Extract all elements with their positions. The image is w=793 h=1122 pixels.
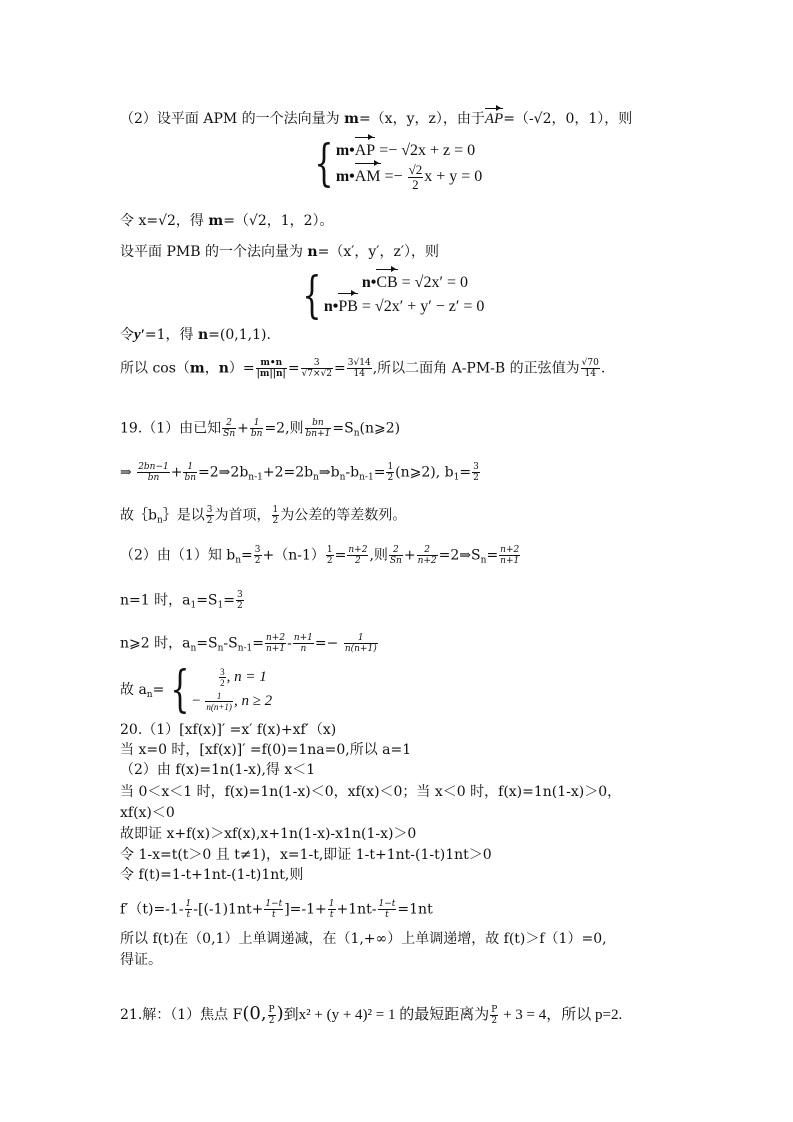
left-brace-icon: { [171,664,190,714]
text: = [374,465,386,481]
denominator: 2 [386,473,394,483]
text: 为公差的等差数列。 [280,508,406,524]
denominator: 2 [408,178,424,192]
q20-line-2: （2）由 f(x)=1n(1-x),得 x＜1 [120,761,315,779]
denominator: √7×√2 [301,369,333,379]
text: 令 [120,327,134,343]
denominator: 2 [219,678,226,688]
numerator: 1 [205,691,233,702]
q20-line-6: 令 1-x=t(t＞0 且 t≠1)，x=1-t,即证 1-t+1nt-(1-t… [120,846,492,864]
denominator: n(n+1) [205,702,233,712]
text: =S [196,636,217,652]
text: = [252,636,264,652]
piece-2: − 1n(n+1), n ≥ 2 [192,689,272,713]
left-brace-icon: { [302,270,321,320]
fraction: 32 [254,545,262,566]
apm-intro-line: （2）设平面 APM 的一个法向量为 m=（x，y，z），由于AP=（-√2，0… [120,110,632,128]
text: + 3 = 4，所以 p=2. [499,1007,622,1023]
text: =1nt [397,902,432,918]
denominator: 2 [472,473,480,483]
numerator: 1 [272,505,280,516]
numerator: P [268,1005,276,1016]
text: -S [223,636,237,652]
q19-line-2: ⇒ 2bn−1bn+1bn=2⇒2bn-1+2=2bn⇒bn-bn-1=12(n… [120,462,481,487]
text: (n⩾2) [359,421,400,437]
numerator: 1 [328,899,336,910]
text: n-1 [248,473,263,483]
numerator: 2 [222,418,236,429]
denominator: 2 [326,556,334,566]
text: (n⩾2), b [395,465,453,481]
numerator: √70 [581,358,600,369]
denominator: Sn [222,429,236,439]
text: , n ≥ 2 [234,693,272,709]
fraction: 2Sn [222,418,236,439]
text: =S [332,421,353,437]
piece-1: 32, n = 1 [192,665,272,689]
text: (0, [242,1003,266,1024]
text: （2）由（1）知 b [120,548,235,564]
denominator: t [328,910,336,920]
text: =(0,1,1). [208,327,271,343]
text: y′ [134,327,145,343]
text: m• [336,168,355,185]
text: -b [345,465,359,481]
cos-line: 所以 cos（m，n）=m•n|m||n|=3√7×√2=3√1414,所以二面… [120,358,605,379]
numerator: m•n [256,358,287,369]
text: . [601,361,605,377]
text: ,则 [369,548,387,564]
text: ) [277,1003,284,1024]
text: n⩾2 时，a [120,636,190,652]
vector-PB: PB [338,295,358,319]
text: = [153,682,165,698]
text: +1nt- [337,902,377,918]
denominator: n+2 [417,556,438,566]
denominator: 14 [347,369,372,379]
text: ⇒ [120,465,136,481]
fraction: 1n(n+1) [344,633,378,654]
fraction: 3√1414 [347,358,372,379]
text: =（-√2，0，1），则 [503,111,632,127]
denominator: bn [183,473,197,483]
numerator: 3 [301,358,333,369]
let-y-line: 令y′=1，得 n=(0,1,1). [120,326,271,344]
text: − [327,636,339,652]
vector-m: m [344,111,359,127]
denominator: t [264,910,283,920]
fraction: 2bn−1bn [137,462,170,483]
text: = √2x′ + y′ − z′ = 0 [358,298,484,315]
vector-n: n [219,361,229,377]
text: 故 a [120,682,147,698]
text: n• [324,298,339,315]
fraction: 32 [219,667,226,688]
vector-AP: AP [355,139,375,163]
fraction: 3√7×√2 [301,358,333,379]
text: =− [381,168,407,185]
fraction: √7014 [581,358,600,379]
fraction: m•n|m||n| [256,358,287,379]
text: =2⇒2b [198,465,248,481]
text: = [459,465,471,481]
numerator: n+2 [347,545,368,556]
numerator: n+2 [499,545,520,556]
denominator: 2 [254,556,262,566]
denominator: 2 [490,1016,498,1026]
q20-derivative-line: f′（t)=-1-1t-[(-1)1nt+1−tt]=-1+1t+1nt-1−t… [120,899,433,920]
numerator: 3 [236,590,244,601]
text: n=1 时，a [120,593,190,609]
q19-n2-line: n⩾2 时，an=Sn-Sn-1=n+2n+1-n+1n=− 1n(n+1) [120,633,379,658]
vector-AM: AM [355,165,381,189]
text: =2,则 [264,421,303,437]
text: 令 x=√2，得 [120,213,208,229]
text: -[(-1)1nt+ [193,902,263,918]
q20-conclusion-2: 得证。 [120,951,162,969]
text: ⇒b [319,465,340,481]
pmb-equation-system: { n•CB = √2x′ = 0 n•PB = √2x′ + y′ − z′ … [296,270,484,320]
numerator: 1 [386,462,394,473]
text: m• [336,142,355,159]
fraction: 1−tt [378,899,397,920]
numerator: 2 [389,545,403,556]
text: 为首项， [215,508,271,524]
fraction: 32 [236,590,244,611]
fraction: 1n(n+1) [205,691,233,712]
numerator: 3 [206,505,214,516]
q21-line-1: 21.解：（1）焦点 F(0,P2)到x² + (y + 4)² = 1 的最短… [120,1003,622,1026]
denominator: n [293,644,314,654]
text: x + y = 0 [424,168,482,185]
q19-part2-line-1: （2）由（1）知 bn=32+（n-1）12=n+22,则2Sn+2n+2=2⇒… [120,545,521,570]
numerator: bn [305,418,332,429]
fraction: n+2n+1 [499,545,520,566]
fraction: 1bn [250,418,264,439]
numerator: 3 [254,545,262,556]
numerator: 1 [185,899,193,910]
denominator: 2 [272,516,280,526]
fraction: 32 [206,505,214,526]
numerator: √2 [408,163,424,178]
fraction: 1−tt [264,899,283,920]
numerator: 1 [250,418,264,429]
vector-n: n [198,327,208,343]
q20-line-0: 20.（1）[xf(x)]′ =x′ f(x)+xf′（x) [120,721,336,739]
vector-m: m [208,213,223,229]
q20-line-4: xf(x)＜0 [120,804,175,822]
denominator: n(n+1) [344,644,378,654]
text: +2=2b [263,465,313,481]
text: = √2x′ = 0 [398,274,468,291]
q20-conclusion-1: 所以 f(t)在（0,1）上单调递减，在（1,+∞）上单调递增，故 f(t)＞f… [120,930,607,948]
fraction: P2 [268,1005,276,1026]
left-brace-icon: { [314,138,333,188]
fraction: 1t [185,899,193,920]
text: n-1 [359,473,374,483]
numerator: 1−t [378,899,397,910]
numerator: 1 [183,462,197,473]
text: =2⇒S [439,548,481,564]
let-x-line: 令 x=√2，得 m=（√2，1，2）。 [120,212,334,230]
denominator: bn [137,473,170,483]
fraction: 12 [386,462,394,483]
text: =− √2x + z = 0 [375,142,475,159]
fraction: bnbn+1 [305,418,332,439]
text: n-1 [238,644,253,654]
fraction: 2Sn [389,545,403,566]
fraction: 1t [328,899,336,920]
vector-m: m [190,361,205,377]
fraction: n+22 [347,545,368,566]
denominator: 14 [581,369,600,379]
text: f′（t)=-1- [120,902,184,918]
fraction: P2 [490,1005,498,1026]
text: 所以 cos（ [120,361,190,377]
q20-line-3: 当 0＜x＜1 时，f(x)=1n(1-x)＜0，xf(x)＜0；当 x＜0 时… [120,783,621,801]
fraction: 32 [472,462,480,483]
numerator: 3√14 [347,358,372,369]
fraction: n+2n+1 [265,633,286,654]
denominator: 2 [347,556,368,566]
fraction: 12 [272,505,280,526]
text: =1，得 [145,327,198,343]
numerator: 2 [417,545,438,556]
numerator: n+1 [293,633,314,644]
fraction: n+1n [293,633,314,654]
numerator: 1 [344,633,378,644]
q20-line-7: 令 f(t)=1-t+1nt-(1-t)1nt,则 [120,866,303,884]
text: = [241,548,253,564]
piecewise-label: 故 an= [120,679,164,700]
text: 21.解：（1）焦点 F [120,1007,242,1023]
q19-piecewise: 故 an= { 32, n = 1 − 1n(n+1), n ≥ 2 [120,664,272,714]
numerator: 1−t [264,899,283,910]
numerator: 3 [472,462,480,473]
numerator: 3 [219,667,226,678]
pmb-eq-1: n•CB = √2x′ = 0 [324,271,485,295]
pmb-eq-2: n•PB = √2x′ + y′ − z′ = 0 [324,295,485,319]
text: =（x，y，z），由于 [359,111,485,127]
text: ]=-1+ [284,902,327,918]
denominator: Sn [389,556,403,566]
q19-line-1: 19.（1）由已知2Sn+1bn=2,则bnbn+1=Sn(n⩾2) [120,418,400,443]
fraction: √22 [408,163,424,192]
text: +（n-1） [263,548,325,564]
vector-n: n [307,244,317,260]
numerator: 1 [326,545,334,556]
text: = [223,593,235,609]
denominator: t [378,910,397,920]
text: 故｛b [120,508,157,524]
text: n• [362,274,377,291]
text: ,所以二面角 A-PM-B 的正弦值为 [373,361,580,377]
text: − [192,693,200,709]
vector-AP: AP [485,110,503,128]
denominator: n+1 [265,644,286,654]
text: ）= [229,361,255,377]
text: = [486,548,498,564]
denominator: bn [250,429,264,439]
fraction: 12 [326,545,334,566]
text: （2）设平面 APM 的一个法向量为 [120,111,344,127]
denominator: 2 [206,516,214,526]
denominator: 2 [268,1016,276,1026]
apm-eq-2: m•AM =− √22x + y = 0 [336,163,482,187]
text: =（√2，1，2）。 [223,213,333,229]
apm-eq-1: m•AP =− √2x + z = 0 [336,139,482,163]
q19-n1-line: n=1 时，a1=S1=32 [120,590,245,615]
text: , n = 1 [227,669,267,685]
text: ， [205,361,219,377]
denominator: bn+1 [305,429,332,439]
apm-equation-system: { m•AP =− √2x + z = 0 m•AM =− √22x + y =… [308,138,482,188]
text: 到x² + (y + 4)² = 1 的最短距离为 [284,1007,490,1023]
q19-line-3: 故｛bn｝是以32为首项，12为公差的等差数列。 [120,505,406,530]
numerator: P [490,1005,498,1016]
numerator: 2bn−1 [137,462,170,473]
fraction: 2n+2 [417,545,438,566]
numerator: n+2 [265,633,286,644]
text: 19.（1）由已知 [120,421,221,437]
text: =S [196,593,217,609]
text: 设平面 PMB 的一个法向量为 [120,244,307,260]
fraction: 1bn [183,462,197,483]
denominator: |m||n| [256,369,287,379]
vector-CB: CB [376,271,397,295]
text: =（x′，y′，z′），则 [318,244,439,260]
pmb-intro-line: 设平面 PMB 的一个法向量为 n=（x′，y′，z′），则 [120,243,439,261]
q20-line-5: 故即证 x+f(x)＞xf(x),x+1n(1-x)-x1n(1-x)＞0 [120,825,416,843]
denominator: 2 [236,601,244,611]
text: ｝是以 [163,508,205,524]
denominator: t [185,910,193,920]
q20-line-1: 当 x=0 时，[xf(x)]′ =f(0)=1na=0,所以 a=1 [120,741,411,759]
denominator: n+1 [499,556,520,566]
